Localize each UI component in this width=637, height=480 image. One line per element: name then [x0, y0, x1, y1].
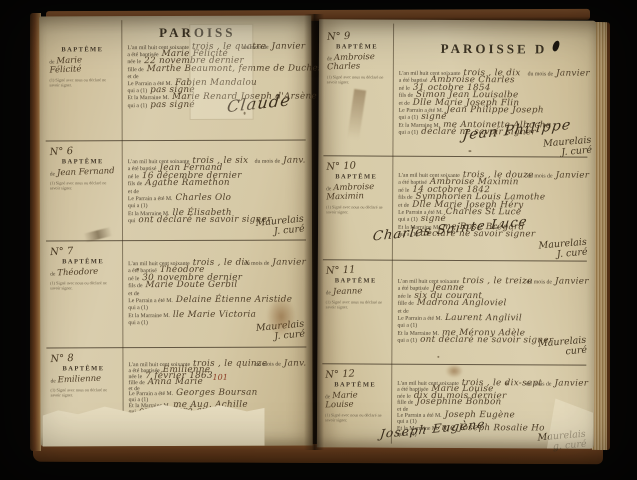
margin-footnote: (1) Signé avec nous ou déclaré ne savoir… — [326, 204, 386, 214]
entry-name: deJean Fernand — [50, 167, 116, 179]
entry-main: L'an mil huit cent soixantetrois , le si… — [128, 142, 306, 217]
entry-margin: N° 11BAPTÊMEdeJeanne(1) Signé avec nous … — [318, 261, 392, 309]
baptism-entry-10: N° 10BAPTÊMEdeAmbroise Maximin(1) Signé … — [318, 157, 596, 260]
cure-signature: MaurelaisJ. curé — [255, 214, 305, 237]
bapteme-label: BAPTÊME — [50, 158, 116, 166]
entry-number: N° 12 — [325, 367, 385, 381]
printed-text: qui a (1) — [128, 320, 148, 326]
handwritten-text: ont déclaré ne savoir signer — [138, 215, 271, 225]
margin-footnote: (1) Signé avec nous ou déclaré ne savoir… — [325, 412, 385, 422]
cure-signature: MaurelaisJ. curé — [542, 136, 592, 159]
handwritten-text: ont déclaré ne savoir signer — [420, 335, 553, 346]
entry-main: L'an mil huit cent soixantetrois , le di… — [399, 28, 591, 130]
entry-margin: N° 10BAPTÊMEdeAmbroise Maximin(1) Signé … — [318, 157, 392, 214]
baptized-name: Emilienne — [58, 374, 102, 386]
baptism-entry-11: N° 11BAPTÊMEdeJeanne(1) Signé avec nous … — [317, 261, 595, 364]
cure-signature: MaurelaisJ. curé — [255, 319, 305, 342]
bapteme-label: BAPTÊME — [327, 43, 387, 51]
entry-number: N° 11 — [326, 263, 386, 277]
bapteme-label: BAPTÊME — [49, 46, 115, 54]
bapteme-label: BAPTÊME — [326, 277, 386, 285]
de-prefix: de — [50, 378, 55, 384]
entry-name: deThéodore — [50, 267, 116, 279]
baptized-name: Marie Félicité — [49, 55, 82, 75]
margin-footnote: (1) Signé avec nous ou déclaré ne savoir… — [49, 77, 115, 87]
entry-margin: BAPTÊMEdeMarie Félicité(1) Signé avec no… — [39, 30, 121, 87]
baptism-entry-12: N° 12BAPTÊMEdeMarie Louise(1) Signé avec… — [317, 365, 594, 450]
register-book-photo: PAROISS BAPTÊMEdeMarie Félicité(1) Signé… — [0, 0, 637, 480]
left-page: PAROISS BAPTÊMEdeMarie Félicité(1) Signé… — [39, 16, 312, 447]
baptism-entry-6: N° 6BAPTÊMEdeJean Fernand(1) Signé avec … — [40, 142, 312, 241]
handwritten-text: pas signé — [150, 99, 195, 109]
margin-footnote: (1) Signé avec nous ou déclaré ne savoir… — [51, 387, 117, 397]
bapteme-label: BAPTÊME — [50, 258, 116, 266]
baptism-entry-left-top: BAPTÊMEdeMarie Félicité(1) Signé avec no… — [39, 30, 311, 143]
entry-name: deAmbroise Maximin — [326, 183, 387, 203]
baptized-name: Jeanne — [333, 286, 363, 297]
baptized-name: Ambroise Maximin — [326, 182, 374, 202]
entry-main: L'an mil huit cent soixantetrois , le qu… — [127, 30, 305, 101]
entry-name: deMarie Louise — [325, 391, 386, 411]
de-prefix: de — [50, 171, 55, 177]
entry-margin: N° 8BAPTÊMEdeEmilienne(1) Signé avec nou… — [40, 349, 122, 397]
entry-number — [49, 31, 116, 46]
printed-text: qui — [128, 218, 135, 224]
de-prefix: de — [50, 271, 55, 277]
printed-text: qui a (1) — [399, 130, 419, 136]
cure-signature: MaurelaisJ. curé — [538, 238, 588, 261]
entry-margin: N° 9BAPTÊMEdeAmbroise Charles(1) Signé a… — [319, 27, 393, 84]
baptism-entry-9: N° 9BAPTÊMEdeAmbroise Charles(1) Signé a… — [318, 27, 596, 158]
cure-signature: Maurelaisg. curé — [537, 430, 587, 453]
entry-number: N° 7 — [50, 243, 117, 258]
baptized-name: Théodore — [57, 267, 98, 279]
margin-footnote: (1) Signé avec nous ou déclaré ne savoir… — [50, 180, 116, 190]
right-page: PAROISSE D N° 9BAPTÊMEdeAmbroise Charles… — [317, 19, 596, 448]
printed-text: qui a (1) — [397, 338, 417, 344]
entry-margin: N° 12BAPTÊMEdeMarie Louise(1) Signé avec… — [317, 365, 391, 422]
margin-footnote: (1) Signé avec nous ou déclaré ne savoir… — [50, 280, 116, 290]
entry-main: L'an mil huit cent soixantetrois , le di… — [128, 242, 306, 319]
entry-main: L'an mil huit cent soixantetrois , le tr… — [397, 262, 588, 338]
entry-number: N° 6 — [49, 143, 116, 158]
entry-number: N° 10 — [326, 159, 386, 173]
entry-name: deMarie Félicité — [49, 55, 116, 76]
entry-main: L'an mil huit cent soixantetrois , le di… — [397, 366, 588, 431]
de-prefix: de — [326, 290, 331, 296]
cure-signature: Maurelaiscuré — [537, 336, 587, 359]
entry-number: N° 9 — [327, 29, 387, 43]
baptism-entry-7: N° 7BAPTÊMEdeThéodore(1) Signé avec nous… — [40, 242, 312, 348]
baptized-name: Jean Fernand — [57, 166, 115, 178]
printed-text: qui a (1) — [128, 103, 148, 109]
entry-name: deEmilienne — [50, 374, 116, 386]
entry-margin: N° 6BAPTÊMEdeJean Fernand(1) Signé avec … — [40, 142, 122, 190]
bapteme-label: BAPTÊME — [325, 381, 385, 389]
entry-margin: N° 7BAPTÊMEdeThéodore(1) Signé avec nous… — [40, 242, 122, 290]
margin-footnote: (1) Signé avec nous ou déclaré ne savoir… — [327, 74, 387, 84]
margin-footnote: (1) Signé avec nous ou déclaré ne savoir… — [326, 299, 386, 309]
form-line: quiont déclaré que … — [129, 400, 307, 407]
entry-name: deAmbroise Charles — [327, 53, 388, 73]
entry-number: N° 8 — [50, 350, 117, 365]
entry-name: deJeanne — [326, 287, 386, 298]
baptized-name: Ambroise Charles — [327, 52, 375, 72]
form-line: qui a (1) — [128, 311, 306, 319]
bapteme-label: BAPTÊME — [50, 365, 116, 373]
baptized-name: Marie Louise — [325, 390, 358, 410]
bapteme-label: BAPTÊME — [326, 173, 386, 181]
ink-annotation: 101 — [212, 373, 227, 382]
